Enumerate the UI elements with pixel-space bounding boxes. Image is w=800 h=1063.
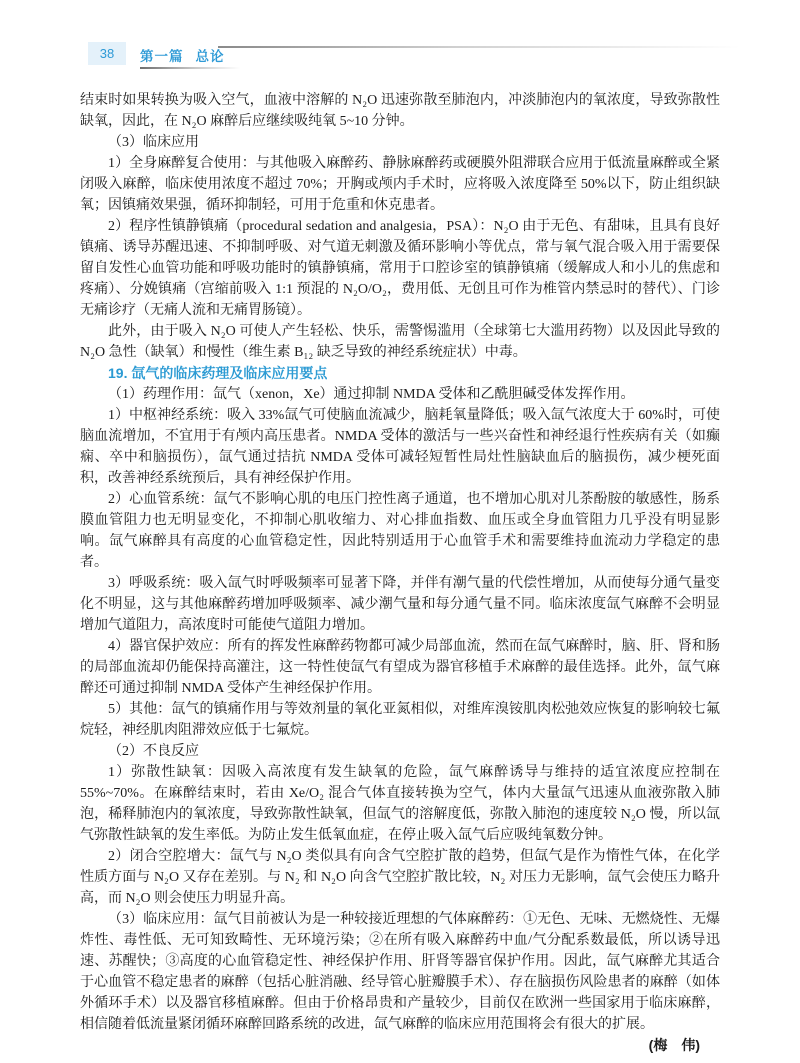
- paragraph: 1）全身麻醉复合使用：与其他吸入麻醉药、静脉麻醉药或硬膜外阻滞联合应用于低流量麻…: [80, 153, 720, 216]
- paragraph: （3）临床应用: [80, 132, 720, 153]
- page-body: 结束时如果转换为吸入空气，血液中溶解的 N₂O 迅速弥散至肺泡内，冲淡肺泡内的氧…: [80, 90, 720, 1056]
- paragraph: 结束时如果转换为吸入空气，血液中溶解的 N₂O 迅速弥散至肺泡内，冲淡肺泡内的氧…: [80, 90, 720, 132]
- part-title: 总论: [196, 49, 225, 64]
- author-signature: (梅 伟): [80, 1035, 720, 1056]
- paragraph: 2）闭合空腔增大：氙气与 N₂O 类似具有向含气空腔扩散的趋势，但氙气是作为惰性…: [80, 846, 720, 909]
- paragraph: 1）弥散性缺氧：因吸入高浓度有发生缺氧的危险，氙气麻醉诱导与维持的适宜浓度应控制…: [80, 762, 720, 846]
- paragraph: 5）其他：氙气的镇痛作用与等效剂量的氧化亚氮相似，对维库溴铵肌肉松弛效应恢复的影…: [80, 699, 720, 741]
- part-label: 第一篇: [140, 49, 184, 64]
- paragraph: 4）器官保护效应：所有的挥发性麻醉药物都可减少局部血流，然而在氙气麻醉时，脑、肝…: [80, 636, 720, 699]
- paragraph: （3）临床应用：氙气目前被认为是一种较接近理想的气体麻醉药：①无色、无味、无燃烧…: [80, 909, 720, 1035]
- paragraph: 3）呼吸系统：吸入氙气时呼吸频率可显著下降，并伴有潮气量的代偿性增加，从而使每分…: [80, 573, 720, 636]
- paragraph: 此外，由于吸入 N₂O 可使人产生轻松、快乐，需警惕滥用（全球第七大滥用药物）以…: [80, 321, 720, 363]
- part-heading: 第一篇总论: [140, 45, 225, 65]
- paragraph: （1）药理作用：氙气（xenon，Xe）通过抑制 NMDA 受体和乙酰胆碱受体发…: [80, 384, 720, 405]
- page-number: 38: [88, 42, 126, 65]
- book-page: 38 第一篇总论 结束时如果转换为吸入空气，血液中溶解的 N₂O 迅速弥散至肺泡…: [0, 0, 800, 1063]
- header-rule: [218, 46, 740, 48]
- paragraph: 2）程序性镇静镇痛（procedural sedation and analge…: [80, 216, 720, 321]
- paragraph: 2）心血管系统：氙气不影响心肌的电压门控性离子通道，也不增加心肌对儿茶酚胺的敏感…: [80, 489, 720, 573]
- paragraph: （2）不良反应: [80, 741, 720, 762]
- section-heading: 19. 氙气的临床药理及临床应用要点: [80, 363, 720, 384]
- page-header: 38 第一篇总论: [88, 42, 740, 74]
- header-title-underline: [140, 67, 240, 69]
- paragraph: 1）中枢神经系统：吸入 33%氙气可使脑血流减少，脑耗氧量降低；吸入氙气浓度大于…: [80, 405, 720, 489]
